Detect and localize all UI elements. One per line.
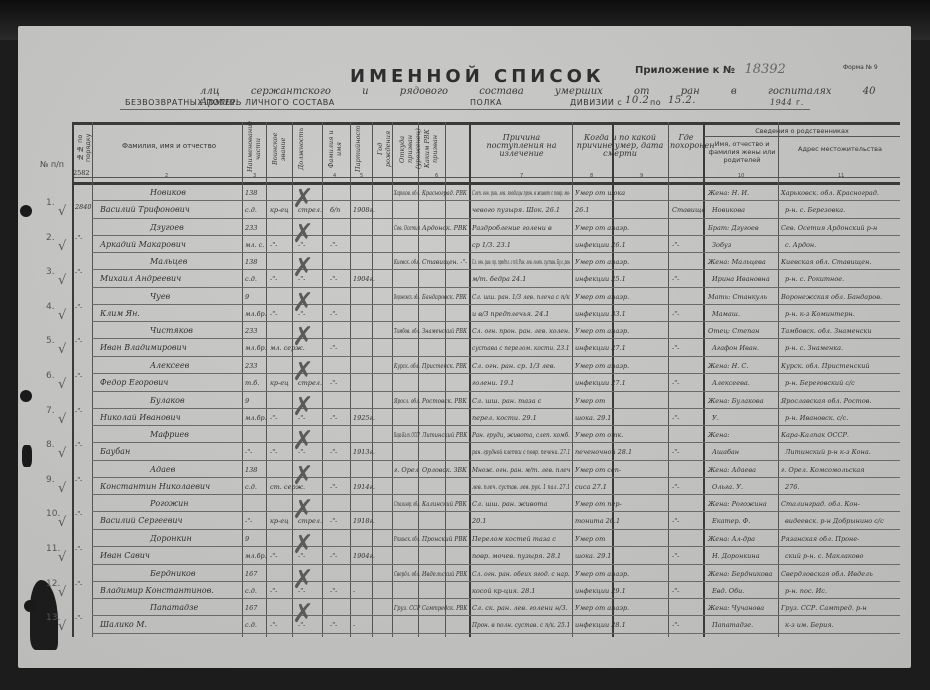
given-name: Василий Трифонович xyxy=(100,205,190,215)
header-col-3: Наименование части xyxy=(246,126,262,172)
checkmark-icon: √ xyxy=(58,481,66,496)
row-number: 2. xyxy=(46,233,55,243)
relative-line1: Жена: Булакова xyxy=(708,396,764,406)
rvk: Ивдельский РВК xyxy=(422,569,467,579)
given-name: Шалико М. xyxy=(100,620,147,630)
row-divider xyxy=(92,564,900,565)
rvk: Ардонск. РВК xyxy=(422,223,467,233)
relative-line1: Жена: Ал-дра xyxy=(708,534,755,544)
checkmark-icon: √ xyxy=(58,377,66,392)
header-col-2: Фамилия, имя и отчество xyxy=(100,142,238,150)
rvk: Красноград. РВК xyxy=(422,188,467,198)
party: -"- xyxy=(330,447,337,457)
reference: 2840 xyxy=(75,202,92,212)
relative-line2: У. xyxy=(712,413,719,423)
row-divider xyxy=(92,338,900,339)
death-line1: Умер от анаэр. xyxy=(575,361,629,371)
punch-hole xyxy=(20,205,32,217)
position: -"- xyxy=(270,586,277,596)
position: -"- xyxy=(270,551,277,561)
rank: с.д. xyxy=(245,482,257,492)
reference: -"- xyxy=(75,371,82,381)
origin: Кара-Калп. ОССР xyxy=(394,430,420,440)
party: -"- xyxy=(330,620,337,630)
given-name: Аркадий Макарович xyxy=(100,240,186,250)
role: стрел. xyxy=(298,205,322,215)
annex-reference: Приложение к № 18392 xyxy=(635,62,786,77)
reference: -"- xyxy=(75,233,82,243)
address-line2: р-н. с. Березовка. xyxy=(785,205,845,215)
year: 1944 xyxy=(770,98,792,107)
position: -"- xyxy=(270,413,277,423)
origin: Сев. Осетия xyxy=(394,223,420,233)
relative-line1: Жена: xyxy=(708,430,730,440)
wound-line1: Сл. шш. ран. таза с xyxy=(472,396,541,406)
death-line2: инфекции 27.1 xyxy=(575,378,626,388)
position: кр-ец xyxy=(270,516,289,526)
relative-line2: Ирина Ивановна xyxy=(712,274,770,284)
origin: Свердл. обл. xyxy=(394,569,420,579)
burial-place: -"- xyxy=(672,516,679,526)
death-line2: инфекции 27.1 xyxy=(575,343,626,353)
row-divider xyxy=(92,408,900,409)
reference: -"- xyxy=(75,440,82,450)
role: -"- xyxy=(298,309,305,319)
given-name: Владимир Константинов. xyxy=(100,586,214,596)
birth-year: 1914г. xyxy=(353,482,375,492)
rank: т.б. xyxy=(245,378,259,388)
birth-year: 1913г. xyxy=(353,447,375,457)
wound-line1: Перелом костей таза с xyxy=(472,534,556,544)
given-name: Иван Савич xyxy=(100,551,150,561)
given-name: Николай Иванович xyxy=(100,413,181,423)
left-margin-label: № п/п xyxy=(40,140,64,169)
relative-line1: Мать: Станкуль xyxy=(708,292,767,302)
party: б/п xyxy=(330,205,340,215)
wound-line2: повр. мочев. пузыря. 28.1 xyxy=(472,551,561,561)
wound-line1: Сл. шш. ран. 1/3 лев. плеча с п/к xyxy=(472,292,570,302)
checkmark-icon: √ xyxy=(58,412,66,427)
wound-line2: 20.1 xyxy=(472,516,486,526)
rank: мл.бр. xyxy=(245,413,267,423)
punch-hole xyxy=(24,600,36,612)
row-number: 9. xyxy=(46,475,55,485)
relative-line2: Ашабан xyxy=(712,447,739,457)
address-line2: р-н. с. Знаменка. xyxy=(785,343,843,353)
row-number: 3. xyxy=(46,267,55,277)
address-line1: Сталинград. обл. Кон- xyxy=(781,499,860,509)
wound-line2: лев. плеч. сустав. лев. рук. 1 пал. 27.1 xyxy=(472,482,570,492)
header-col-7: Причина поступления на излечение xyxy=(474,134,569,158)
document-title: ИМЕННОЙ СПИСОК xyxy=(350,66,605,87)
origin: Тамбов. обл. xyxy=(394,326,420,336)
header-col-11: Адрес местожительства xyxy=(782,145,898,153)
rvk: Орловск. ЗВК xyxy=(422,465,467,475)
checkmark-icon: √ xyxy=(58,446,66,461)
address-line1: Воронежская обл. Бандаров. xyxy=(781,292,882,302)
position: -"- xyxy=(270,240,277,250)
birth-year: 1904г. xyxy=(353,551,375,561)
row-number: 4. xyxy=(46,302,55,312)
burial-place: -"- xyxy=(672,620,679,630)
address-line2: р-н. Ивановск. с/с. xyxy=(785,413,848,423)
burial-place: -"- xyxy=(672,378,679,388)
relative-line2: Алексеева. xyxy=(712,378,750,388)
surname: Бердников xyxy=(150,569,195,579)
address-line1: Тамбовск. обл. Знаменски xyxy=(781,326,872,336)
relative-line1: Жена: Рогожина xyxy=(708,499,767,509)
rank: мл.бр. xyxy=(245,309,267,319)
relative-line2: Екатер. Ф. xyxy=(712,516,750,526)
rvk: Пронский РВК xyxy=(422,534,467,544)
surname: Адаев xyxy=(150,465,175,475)
surname: Алексеев xyxy=(150,361,189,371)
address-line1: Киевская обл. Ставищен. xyxy=(781,257,871,267)
party: -"- xyxy=(330,343,337,353)
date-to: 15.2. xyxy=(668,95,696,106)
party: -"- xyxy=(330,309,337,319)
checkmark-icon: √ xyxy=(58,342,66,357)
address-line1: г. Орел. Комсомольская xyxy=(781,465,865,475)
rvk: Пристенск. РВК xyxy=(422,361,467,371)
reference: -"- xyxy=(75,302,82,312)
burial-place: -"- xyxy=(672,309,679,319)
row-divider xyxy=(92,460,900,461)
address-line2: ский р-н. с. Маклаково xyxy=(785,551,863,561)
burial-place: -"- xyxy=(672,447,679,457)
punch-hole xyxy=(22,445,32,467)
row-divider xyxy=(92,391,900,392)
row-divider xyxy=(92,356,900,357)
address-line2: видеевск. р-н Добрынино с/с xyxy=(785,516,884,526)
row-number: 7. xyxy=(46,406,55,416)
surname: Чистяков xyxy=(150,326,193,336)
origin: Груз. ССР xyxy=(394,603,420,613)
burial-place: -"- xyxy=(672,413,679,423)
year-suffix: г. xyxy=(796,98,804,107)
burial-place: -"- xyxy=(672,274,679,284)
surname: Чуев xyxy=(150,292,170,302)
party: -"- xyxy=(330,240,337,250)
wound-line2: м/т. бедра 24.1 xyxy=(472,274,526,284)
rank: мл.бр. xyxy=(245,551,267,561)
burial-place: -"- xyxy=(672,482,679,492)
header-col-9: Где похоронен xyxy=(670,134,702,150)
relative-line2: Зобуз xyxy=(712,240,731,250)
reference: -"- xyxy=(75,544,82,554)
death-line2: инфекции 26.1 xyxy=(575,240,626,250)
row-divider xyxy=(92,477,900,478)
row-divider xyxy=(92,218,900,219)
rvk: Бандаровск. РВК xyxy=(422,292,467,302)
birth-year: 1918г. xyxy=(353,516,375,526)
row-divider xyxy=(92,304,900,305)
position: -"- xyxy=(270,309,277,319)
given-name: Константин Николаевич xyxy=(100,482,210,492)
surname: Доронкин xyxy=(150,534,192,544)
surname: Папатадзе xyxy=(150,603,198,613)
party: -"- xyxy=(330,413,337,423)
role: -"- xyxy=(298,240,305,250)
punch-hole xyxy=(20,390,32,402)
row-divider xyxy=(92,252,900,253)
role: стрел. xyxy=(298,516,322,526)
origin: г. Орел xyxy=(394,465,419,475)
death-line2: инфекции 33.1 xyxy=(575,309,626,319)
burial-place: Ставище xyxy=(672,205,705,215)
wound-line2: косой кр-ция. 28.1 xyxy=(472,586,535,596)
row-number: 8. xyxy=(46,440,55,450)
unit: 233 xyxy=(245,326,257,336)
role: -"- xyxy=(298,413,305,423)
death-line2: сиса 27.1 xyxy=(575,482,607,492)
party: -"- xyxy=(330,378,337,388)
death-line2: 26.1 xyxy=(575,205,589,215)
death-line1: Умер от отк. xyxy=(575,430,623,440)
form-number: Форма № 9 xyxy=(843,64,878,71)
party: -"- xyxy=(330,586,337,596)
wound-line1: Сл. огн. ран. ср. 1/3 лев. xyxy=(472,361,556,371)
address-line2: к-з им. Берия. xyxy=(785,620,834,630)
surname: Булаков xyxy=(150,396,185,406)
header-col-3b: Должность xyxy=(297,126,305,172)
rank: мл.бр. xyxy=(245,343,267,353)
relative-line1: Отец: Степан xyxy=(708,326,759,336)
death-line2: инфекции 29.1 xyxy=(575,586,626,596)
role: -"- xyxy=(298,620,305,630)
row-divider xyxy=(92,581,900,582)
role: -"- xyxy=(298,551,305,561)
death-line1: Умер от анаэр. xyxy=(575,569,629,579)
origin: Киевск. обл. xyxy=(394,257,420,267)
given-name: Михаил Андреевич xyxy=(100,274,181,284)
reference: -"- xyxy=(75,475,82,485)
row-number: 5. xyxy=(46,336,55,346)
death-line1: Умер от анаэр. xyxy=(575,326,629,336)
row-divider xyxy=(92,615,900,616)
relative-line2: Новикова xyxy=(712,205,745,215)
death-line1: Умер от сеп- xyxy=(575,465,621,475)
rank: -"- xyxy=(245,516,252,526)
row-divider xyxy=(92,598,900,599)
birth-year: 1904г. xyxy=(353,274,375,284)
wound-line2: ср 1/3. 23.1 xyxy=(472,240,511,250)
unit: 138 xyxy=(245,465,257,475)
death-line1: Умер от пер- xyxy=(575,499,622,509)
death-line2: печеночной 28.1 xyxy=(575,447,632,457)
wound-line1: Сл. ск. ран. лев. голени н/3. xyxy=(472,603,568,613)
row-divider xyxy=(92,494,900,495)
wound-line2: голени. 19.1 xyxy=(472,378,514,388)
burial-place: -"- xyxy=(672,586,679,596)
reference: -"- xyxy=(75,613,82,623)
date-from: 10.2 xyxy=(625,95,649,106)
row-number: 1. xyxy=(46,198,55,208)
checkmark-icon: √ xyxy=(58,273,66,288)
birth-year: - xyxy=(353,586,355,596)
role: -"- xyxy=(298,586,305,596)
address-line1: Кара-Калпак ОССР. xyxy=(781,430,849,440)
column-numbers-row xyxy=(72,174,900,185)
header-col-5: Партийность xyxy=(354,126,362,172)
unit: 167 xyxy=(245,603,257,613)
relative-line2: Папатадзе. xyxy=(712,620,753,630)
party: -"- xyxy=(330,516,337,526)
origin: Рязанск. обл. xyxy=(394,534,420,544)
row-divider xyxy=(92,287,900,288)
death-line2: инфекции 25.1 xyxy=(575,274,626,284)
header-col-5a: Год рождения xyxy=(376,126,392,172)
unit: 9 xyxy=(245,534,249,544)
unit: 9 xyxy=(245,292,249,302)
relative-line2: Агафон Иван. xyxy=(712,343,759,353)
death-line2: инфекции 28.1 xyxy=(575,620,626,630)
checkmark-icon: √ xyxy=(58,239,66,254)
unit: 138 xyxy=(245,257,257,267)
rank: с.д. xyxy=(245,586,257,596)
death-line1: Умер от xyxy=(575,396,605,406)
reference: -"- xyxy=(75,509,82,519)
header-col-6: Каким РВК призван xyxy=(423,126,439,172)
unit: 233 xyxy=(245,361,257,371)
row-divider xyxy=(92,269,900,270)
unit: 9 xyxy=(245,396,249,406)
address-line2: р-н. с. Рокитное. xyxy=(785,274,844,284)
wound-line2: перел. кости. 29.1 xyxy=(472,413,537,423)
wound-line2: сустава с перелом. кости. 23.1 xyxy=(472,343,570,353)
burial-place: -"- xyxy=(672,343,679,353)
header-col-1: №№ по порядку xyxy=(76,128,92,168)
header-col-3a: Воинское звание xyxy=(271,126,287,172)
rvk: Ростовск. РВК xyxy=(422,396,467,406)
rvk: Знаменский РВК xyxy=(422,326,467,336)
relative-line2: Евд. Оби. xyxy=(712,586,744,596)
death-line2: шока. 29.1 xyxy=(575,551,611,561)
surname: Дзугоев xyxy=(150,223,184,233)
wound-line1: Сл. огн. ран. обеих ягод. с нар. xyxy=(472,569,570,579)
origin: Яросл. обл. xyxy=(394,396,420,406)
header-col-5b: Откуда призван (уроженец) xyxy=(398,126,422,172)
rank: -"- xyxy=(245,447,252,457)
relative-line1: Жена: Мальцева xyxy=(708,257,766,267)
address-line1: Курск. обл. Пристенский xyxy=(781,361,870,371)
wound-line2: и в/3 предплечья. 24.1 xyxy=(472,309,549,319)
relative-line1: Жена: Чучанова xyxy=(708,603,764,613)
relative-line1: Жена: Адаева xyxy=(708,465,756,475)
rank: мл. с. xyxy=(245,240,264,250)
wound-line2: ран. грудной клетки с повр. печени. 27.1 xyxy=(472,447,570,457)
death-line1: Умер от xyxy=(575,534,605,544)
death-line1: Умер от анаэр. xyxy=(575,223,629,233)
reference: -"- xyxy=(75,267,82,277)
given-name: Баубан xyxy=(100,447,130,457)
party: -"- xyxy=(330,551,337,561)
checkmark-icon: √ xyxy=(58,550,66,565)
wound-line1: Ран. груди, живота, слеп. комб. xyxy=(472,430,570,440)
wound-line1: Сл. огн. прон. ран. лев. колен. xyxy=(472,326,570,336)
burial-place: -"- xyxy=(672,551,679,561)
burial-place: -"- xyxy=(672,240,679,250)
origin: Сталингр. обл. xyxy=(394,499,420,509)
birth-year: - xyxy=(353,620,355,630)
given-name: Клим Ян. xyxy=(100,309,140,319)
position: -"- xyxy=(270,447,277,457)
row-divider xyxy=(92,633,900,634)
reference: -"- xyxy=(75,579,82,589)
origin: Курск. обл. xyxy=(394,361,420,371)
position: ст. серж. xyxy=(270,482,305,492)
address-line2: р-н. к-з Коминтерн. xyxy=(785,309,855,319)
given-name: Федор Егорович xyxy=(100,378,168,388)
rvk: Литинский РВК xyxy=(422,430,467,440)
rank: с.д. xyxy=(245,274,257,284)
row-divider xyxy=(92,235,900,236)
header-col-10: Имя, отчество и фамилия жены или родител… xyxy=(708,140,776,164)
relative-line1: Жена: Бердникова xyxy=(708,569,772,579)
address-line2: Литинский р-н к-з Кона. xyxy=(785,447,871,457)
birth-year: 1908г. xyxy=(353,205,375,215)
address-line2: р-н. пос. Ис. xyxy=(785,586,827,596)
rank: с.д. xyxy=(245,205,257,215)
address-line2: р-н. Береговский с/с xyxy=(785,378,855,388)
rvk: Самтредск. РВК xyxy=(422,603,467,613)
subtitle-part2: ПОЛКА xyxy=(470,98,502,107)
row-divider xyxy=(92,200,900,201)
party: -"- xyxy=(330,482,337,492)
wound-line1: Раздробление голени в xyxy=(472,223,552,233)
checkmark-icon: √ xyxy=(58,619,66,634)
position: кр-ец xyxy=(270,205,289,215)
rvk: Ставищен. -"- xyxy=(422,257,467,267)
row-divider xyxy=(92,529,900,530)
origin: Воронежск. обл. xyxy=(394,292,420,302)
date-to-label: по xyxy=(650,98,661,107)
unit: 167 xyxy=(245,569,257,579)
origin: Харьков. обл. xyxy=(394,188,420,198)
row-divider xyxy=(92,321,900,322)
death-line1: Умер от шока xyxy=(575,188,625,198)
header-col-8: Когда и по какой причине умер, дата смер… xyxy=(575,134,665,158)
relative-line1: Жена: Н. И. xyxy=(708,188,749,198)
reference: -"- xyxy=(75,406,82,416)
unit: 233 xyxy=(245,223,257,233)
rvk: Калинский РВК xyxy=(422,499,467,509)
checkmark-icon: √ xyxy=(58,585,66,600)
position: мл. серж. xyxy=(270,343,305,353)
relatives-header: Сведения о родственниках xyxy=(704,127,900,137)
subtitle-part1: БЕЗВОЗВРАТНЫХ ПОТЕРЬ ЛИЧНОГО СОСТАВА xyxy=(125,98,335,107)
death-line1: Умер от анаэр. xyxy=(575,603,629,613)
position: -"- xyxy=(270,274,277,284)
address-line2: 276. xyxy=(785,482,799,492)
relative-line2: Мамаш. xyxy=(712,309,740,319)
relative-line2: Ольга. У. xyxy=(712,482,743,492)
header-col-4: Фамилия и имя xyxy=(327,126,343,172)
relative-line2: Н. Доронкина xyxy=(712,551,760,561)
role: стрел. xyxy=(298,378,322,388)
given-name: Василий Сергеевич xyxy=(100,516,183,526)
death-line2: шока. 29.1 xyxy=(575,413,611,423)
annex-label: Приложение к № xyxy=(635,65,735,76)
row-divider xyxy=(92,373,900,374)
unit: 138 xyxy=(245,188,257,198)
address-line1: Ярославская обл. Ростов. xyxy=(781,396,872,406)
wound-line1: Множ. огн. ран. м/т. лев. плеч xyxy=(472,465,570,475)
death-line1: Умер от анаэр. xyxy=(575,292,629,302)
row-number: 6. xyxy=(46,371,55,381)
wound-line1: Сл. шш. ран. живота xyxy=(472,499,547,509)
wound-line2: чевого пузыря. Шок. 26.1 xyxy=(472,205,560,215)
